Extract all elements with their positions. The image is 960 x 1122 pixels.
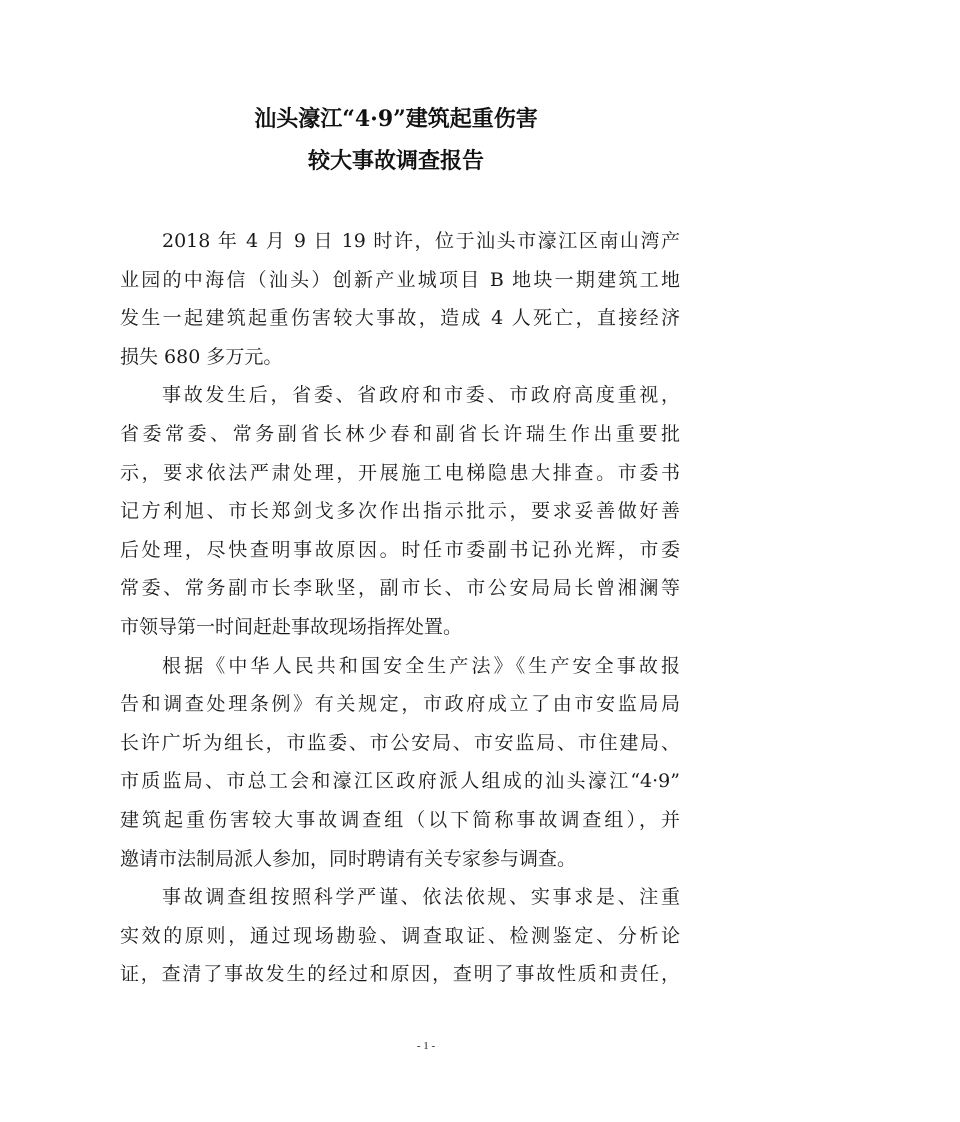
paragraph-line: 证，查清了事故发生的经过和原因，查明了事故性质和责任， bbox=[120, 955, 680, 994]
paragraph-line: 告和调查处理条例》有关规定，市政府成立了由市安监局局 bbox=[120, 685, 680, 724]
paragraph-line: 事故发生后，省委、省政府和市委、市政府高度重视， bbox=[120, 376, 680, 415]
paragraph-line: 记方利旭、市长郑剑戈多次作出指示批示，要求妥善做好善 bbox=[120, 492, 680, 531]
paragraph-line: 邀请市法制局派人参加，同时聘请有关专家参与调查。 bbox=[120, 840, 680, 879]
paragraph-line: 省委常委、常务副省长林少春和副省长许瑞生作出重要批 bbox=[120, 415, 680, 454]
paragraph-line: 常委、常务副市长李耿坚，副市长、市公安局局长曾湘澜等 bbox=[120, 569, 680, 608]
document-page: 汕头濠江“4·9”建筑起重伤害 较大事故调查报告 2018 年 4 月 9 日 … bbox=[0, 0, 960, 1122]
document-title-line-1: 汕头濠江“4·9”建筑起重伤害 bbox=[0, 102, 792, 133]
paragraph-investigation-principles: 事故调查组按照科学严谨、依法依规、实事求是、注重 实效的原则，通过现场勘验、调查… bbox=[120, 878, 680, 994]
paragraph-accident-summary: 2018 年 4 月 9 日 19 时许，位于汕头市濠江区南山湾产 业园的中海信… bbox=[120, 222, 680, 376]
page-number: - 1 - bbox=[0, 1040, 852, 1052]
paragraph-line: 发生一起建筑起重伤害较大事故，造成 4 人死亡，直接经济 bbox=[120, 299, 680, 338]
document-title-line-2: 较大事故调查报告 bbox=[0, 144, 792, 175]
paragraph-line: 根据《中华人民共和国安全生产法》《生产安全事故报 bbox=[120, 647, 680, 686]
paragraph-government-response: 事故发生后，省委、省政府和市委、市政府高度重视， 省委常委、常务副省长林少春和副… bbox=[120, 376, 680, 646]
paragraph-investigation-team: 根据《中华人民共和国安全生产法》《生产安全事故报 告和调查处理条例》有关规定，市… bbox=[120, 647, 680, 879]
paragraph-line: 后处理，尽快查明事故原因。时任市委副书记孙光辉，市委 bbox=[120, 531, 680, 570]
paragraph-line: 2018 年 4 月 9 日 19 时许，位于汕头市濠江区南山湾产 bbox=[120, 222, 680, 261]
paragraph-line: 长许广圻为组长，市监委、市公安局、市安监局、市住建局、 bbox=[120, 724, 680, 763]
paragraph-line: 实效的原则，通过现场勘验、调查取证、检测鉴定、分析论 bbox=[120, 917, 680, 956]
paragraph-line: 示，要求依法严肃处理，开展施工电梯隐患大排查。市委书 bbox=[120, 454, 680, 493]
paragraph-line: 市质监局、市总工会和濠江区政府派人组成的汕头濠江“4·9” bbox=[120, 762, 680, 801]
document-body: 2018 年 4 月 9 日 19 时许，位于汕头市濠江区南山湾产 业园的中海信… bbox=[120, 222, 680, 994]
paragraph-line: 事故调查组按照科学严谨、依法依规、实事求是、注重 bbox=[120, 878, 680, 917]
paragraph-line: 市领导第一时间赶赴事故现场指挥处置。 bbox=[120, 608, 680, 647]
paragraph-line: 损失 680 多万元。 bbox=[120, 338, 680, 377]
paragraph-line: 建筑起重伤害较大事故调查组（以下简称事故调查组），并 bbox=[120, 801, 680, 840]
paragraph-line: 业园的中海信（汕头）创新产业城项目 B 地块一期建筑工地 bbox=[120, 261, 680, 300]
